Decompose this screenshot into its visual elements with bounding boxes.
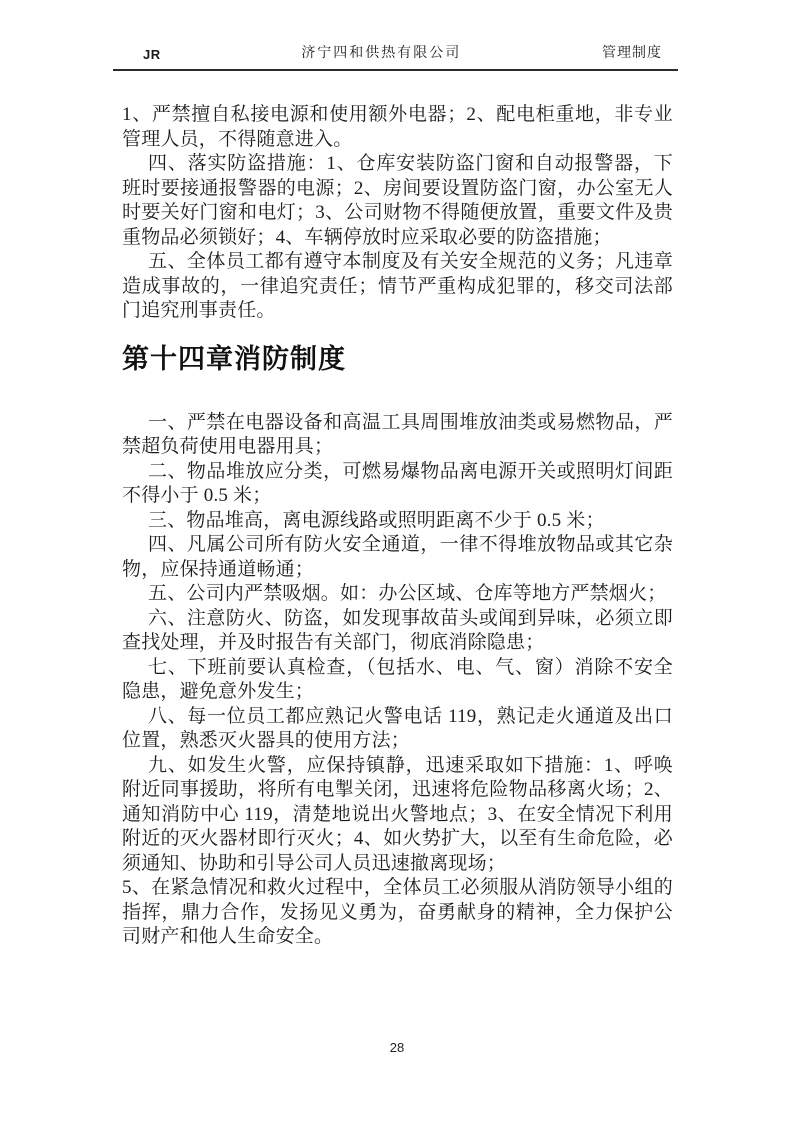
paragraph: 1、严禁擅自私接电源和使用额外电器；2、配电柜重地，非专业管理人员，不得随意进入… (122, 103, 673, 152)
page-number: 28 (390, 1040, 404, 1055)
paragraph: 七、下班前要认真检查，（包括水、电、气、窗）消除不安全隐患，避免意外发生； (122, 656, 673, 705)
paragraph: 五、全体员工都有遵守本制度及有关安全规范的义务；凡违章造成事故的，一律追究责任；… (122, 250, 673, 324)
paragraph: 四、凡属公司所有防火安全通道，一律不得堆放物品或其它杂物，应保持通道畅通； (122, 533, 673, 582)
chapter-title: 第十四章消防制度 (122, 344, 673, 375)
paragraph: 八、每一位员工都应熟记火警电话 119，熟记走火通道及出口位置，熟悉灭火器具的使… (122, 705, 673, 754)
paragraph: 五、公司内严禁吸烟。如：办公区域、仓库等地方严禁烟火； (122, 582, 673, 607)
paragraph: 三、物品堆高，离电源线路或照明距离不少于 0.5 米； (122, 509, 673, 534)
paragraph: 九、如发生火警，应保持镇静，迅速采取如下措施：1、呼唤附近同事援助，将所有电掣关… (122, 754, 673, 877)
document-body: 1、严禁擅自私接电源和使用额外电器；2、配电柜重地，非专业管理人员，不得随意进入… (122, 103, 673, 950)
paragraph: 5、在紧急情况和救火过程中，全体员工必须服从消防领导小组的指挥，鼎力合作，发扬见… (122, 876, 673, 950)
page-footer: 28 (0, 1040, 794, 1055)
paragraph: 二、物品堆放应分类，可燃易爆物品离电源开关或照明灯间距不得小于 0.5 米； (122, 460, 673, 509)
header-logo: JR (143, 47, 161, 62)
paragraph: 四、落实防盗措施：1、仓库安装防盗门窗和自动报警器，下班时要接通报警器的电源；2… (122, 152, 673, 250)
page-header: JR 济宁四和供热有限公司 管理制度 (113, 42, 678, 71)
paragraph: 六、注意防火、防盗，如发现事故苗头或闻到异味，必须立即查找处理，并及时报告有关部… (122, 607, 673, 656)
paragraph: 一、严禁在电器设备和高温工具周围堆放油类或易燃物品，严禁超负荷使用电器用具； (122, 411, 673, 460)
document-page: JR 济宁四和供热有限公司 管理制度 1、严禁擅自私接电源和使用额外电器；2、配… (0, 0, 794, 1123)
header-doc-type: 管理制度 (602, 42, 662, 62)
pre-chapter-paragraphs: 1、严禁擅自私接电源和使用额外电器；2、配电柜重地，非专业管理人员，不得随意进入… (122, 103, 673, 324)
chapter-paragraphs: 一、严禁在电器设备和高温工具周围堆放油类或易燃物品，严禁超负荷使用电器用具；二、… (122, 411, 673, 950)
header-company-name: 济宁四和供热有限公司 (161, 42, 602, 62)
